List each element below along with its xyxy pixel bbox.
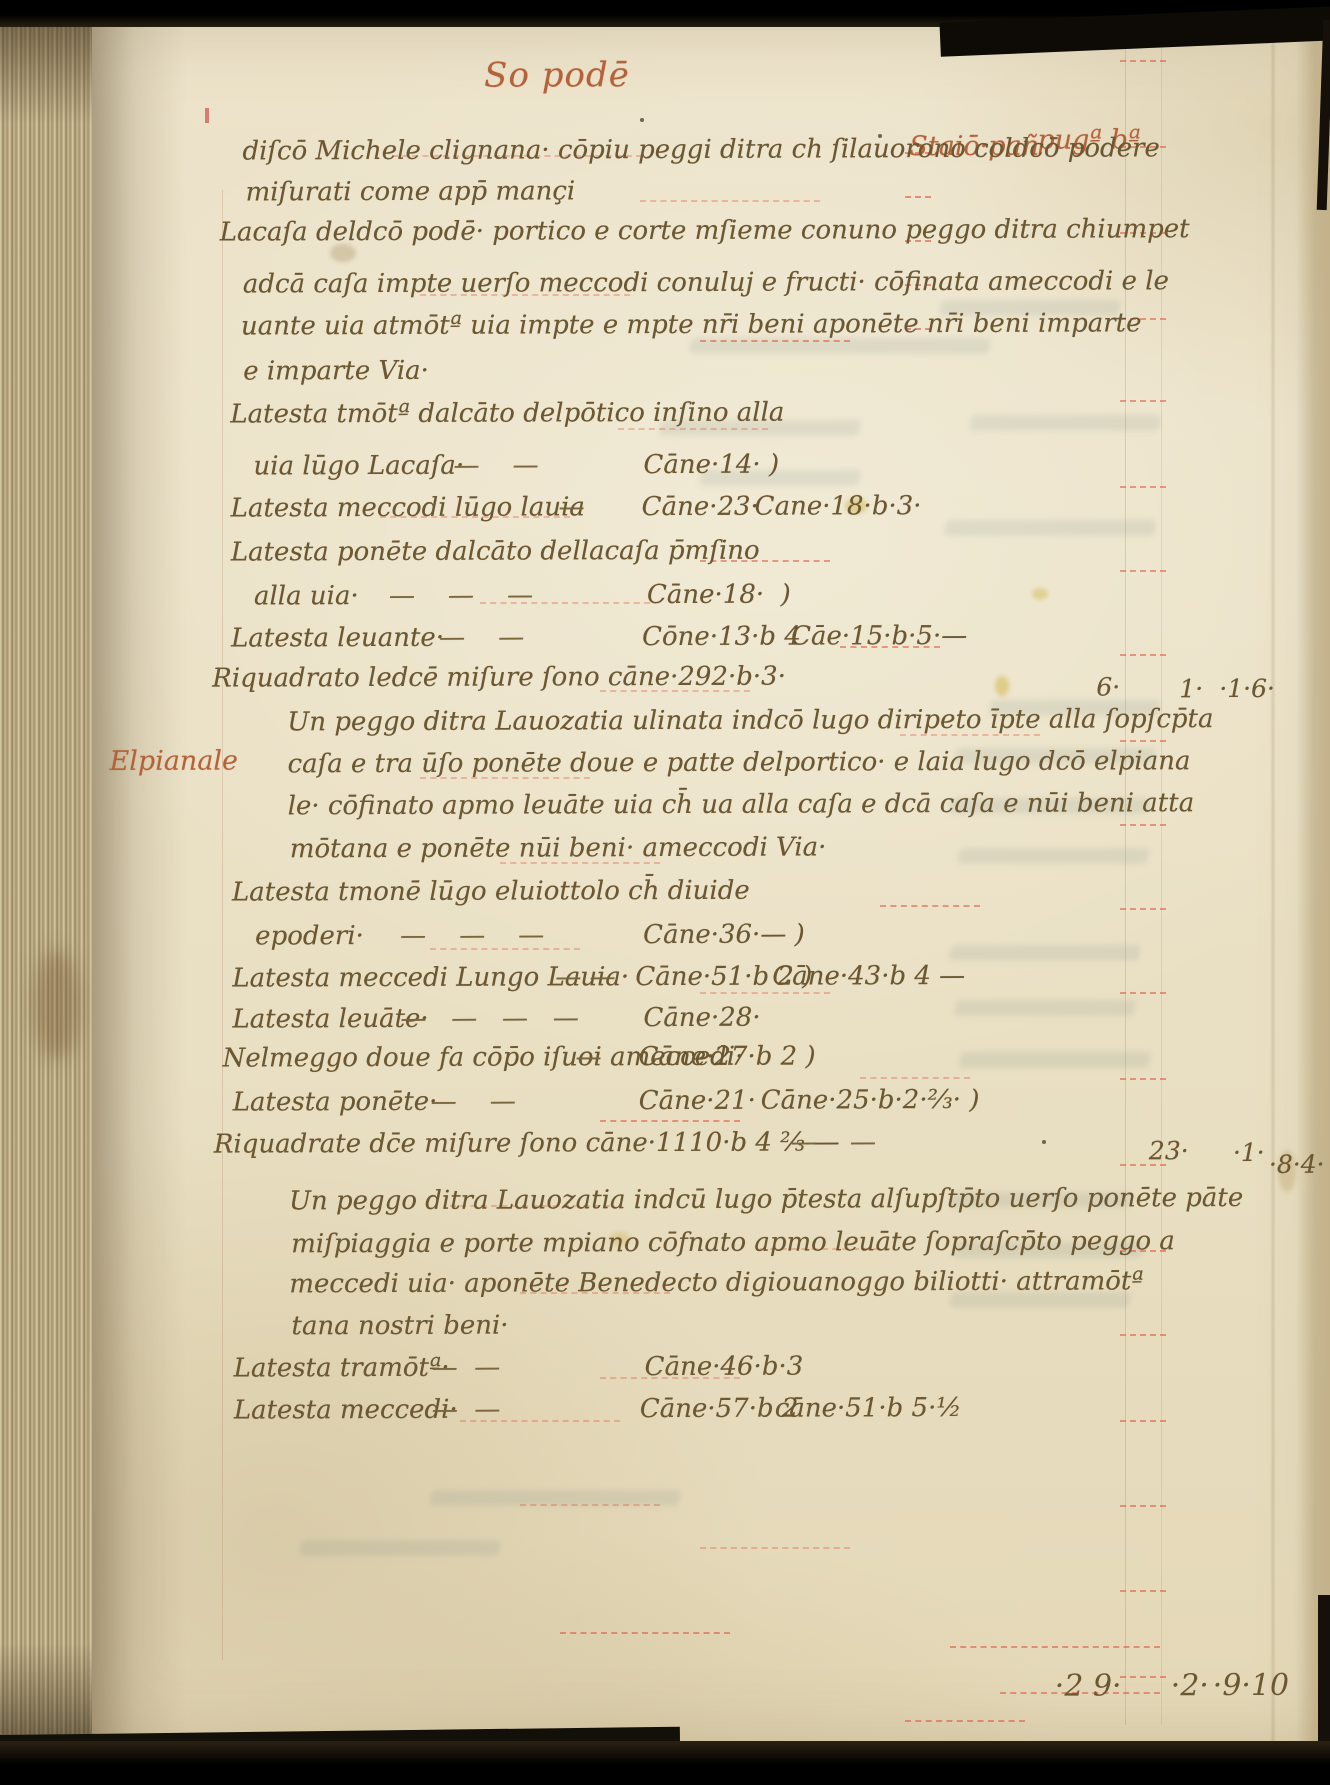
- line-text: alla uia·: [254, 581, 359, 611]
- manuscript-line: Latesta meccodi lūgo lauia — Cāne·23· Ca…: [0, 490, 1329, 531]
- line-text: epoderi·: [255, 921, 364, 951]
- measure-1: Cāne·46·b·3: [645, 1352, 804, 1383]
- line-fill: — —: [432, 1395, 501, 1425]
- measure-1: Cāne·23·: [642, 492, 759, 522]
- line-text: Riquadrato ledcē miſure ſono cāne·292·b·…: [212, 662, 786, 694]
- manuscript-line: Riquadrato ledcē miſure ſono cāne·292·b·…: [0, 660, 1329, 701]
- measure-2: cāne·51·b 5·½: [775, 1393, 962, 1424]
- line-fill: — —: [439, 622, 524, 652]
- manuscript-line: Latesta ponēte· — — Cāne·21· Cāne·25·b·2…: [1, 1084, 1330, 1125]
- manuscript-line: Latesta ponēte dalcāto dellacaſa p̄mſino: [0, 534, 1329, 575]
- manuscript-line: Latesta leuāte· — — — — Cāne·28·: [0, 1001, 1330, 1042]
- line-text: le· cōfinato apmo leuāte uia ch̄ ua alla…: [288, 788, 1195, 821]
- measure-1: Cāne·36·— ): [643, 920, 805, 951]
- manuscript-line: Latesta tramōtª· — — Cāne·46·b·3: [2, 1350, 1330, 1391]
- manuscript-line: Latesta tmōtª dalcāto delpōtico inſino a…: [0, 396, 1328, 437]
- line-fill: — —: [791, 1127, 876, 1157]
- line-text: Latesta leuāte·: [232, 1004, 428, 1035]
- manuscript-line: Lacaſa deldcō podē· portico e corte mſie…: [0, 214, 1328, 255]
- manuscript-line: Un peggo ditra Lauozatia ulinata indcō l…: [0, 704, 1329, 745]
- line-text: Latesta ponēte dalcāto dellacaſa p̄mſino: [231, 536, 760, 568]
- manuscript-line: Latesta meccedi Lungo Lauia· — — Cāne·51…: [0, 960, 1330, 1001]
- line-text: uante uia atmōtª uia impte e mpte nr̄i b…: [241, 308, 1142, 341]
- measure-1: Cāne·18· ): [647, 580, 791, 611]
- manuscript-page-photo: So podē Staiō·pañ pugª bª Elpianale diſc…: [0, 0, 1330, 1785]
- line-text: Latesta tmōtª dalcāto delpōtico inſino a…: [230, 398, 784, 430]
- line-text: diſcō Michele clignana· cōpiu peggi ditr…: [242, 133, 1160, 166]
- line-text: Riquadrate dc̄e miſure ſono cāne·1110·b …: [214, 1127, 840, 1159]
- measure-1: Cāne·14· ): [643, 450, 779, 480]
- manuscript-line: epoderi· — — — Cāne·36·— ): [0, 918, 1330, 959]
- measure-1: Cāne·21·: [639, 1086, 756, 1116]
- line-text: miſurati come app̄ mançi: [246, 176, 576, 207]
- line-text: e imparte Via·: [243, 356, 429, 387]
- line-fill: — —: [431, 1087, 516, 1117]
- line-text: tana nostri beni·: [291, 1311, 508, 1342]
- line-text: caſa e tra ūſo ponēte doue e patte delpo…: [287, 746, 1190, 779]
- margin-number: 23·: [1149, 1136, 1189, 1165]
- manuscript-line: Riquadrate dc̄e miſure ſono cāne·1110·b …: [1, 1126, 1330, 1167]
- page-heading: So podē: [484, 55, 630, 96]
- manuscript-line: le· cōfinato apmo leuāte uia ch̄ ua alla…: [0, 788, 1330, 829]
- margin-number: ·1·6·: [1219, 674, 1275, 703]
- manuscript-line: uia lūgo Lacaſa· — — Cāne·14· ): [0, 448, 1329, 489]
- manuscript-line: miſpiaggia e porte mpiano cōfnato apmo l…: [1, 1226, 1330, 1267]
- measure-1: Cāne·27·b 2 ): [639, 1041, 816, 1072]
- line-text: Un peggo ditra Lauozatia indcū lugo p̄te…: [289, 1183, 1243, 1216]
- manuscript-line: diſcō Michele clignana· cōpiu peggi ditr…: [0, 133, 1327, 174]
- line-fill: —: [559, 492, 585, 522]
- binding-bottom-edge: [0, 1741, 1330, 1785]
- line-text: uia lūgo Lacaſa·: [253, 451, 464, 482]
- line-text: Latesta leuante·: [231, 623, 444, 654]
- manuscript-line: Latesta tmonē lūgo eluiottolo ch̄ diuide: [0, 874, 1330, 915]
- measure-1: Cōne·13·b 4: [642, 622, 801, 653]
- line-fill: —: [576, 1042, 602, 1072]
- margin-number: 1·: [1179, 674, 1203, 703]
- manuscript-line: Latesta leuante· — — Cōne·13·b 4 Cāe·15·…: [0, 620, 1329, 661]
- measure-1: Cāne·28·: [643, 1003, 760, 1033]
- text-layer: So podē Staiō·pañ pugª bª Elpianale diſc…: [0, 0, 1330, 1785]
- line-text: adcā caſa impte uerſo meccodi conuluj e …: [243, 266, 1169, 299]
- line-fill: — — — —: [400, 1003, 578, 1034]
- line-fill: — —: [453, 450, 538, 480]
- manuscript-line: meccedi uia· aponēte Benedecto digiouano…: [1, 1266, 1330, 1307]
- line-text: Latesta tramōtª·: [234, 1353, 450, 1384]
- measure-2: Cāne·25·b·2·⅔· ): [761, 1085, 980, 1116]
- foot-total-c: ·9·10: [1213, 1668, 1289, 1703]
- manuscript-line: mōtana e ponēte nūi beni· ameccodi Via·: [0, 831, 1330, 872]
- manuscript-line: adcā caſa impte uerſo meccodi conuluj e …: [0, 266, 1328, 307]
- line-fill: — — —: [389, 580, 533, 611]
- line-text: Latesta tmonē lūgo eluiottolo ch̄ diuide: [232, 876, 750, 908]
- manuscript-line: tana nostri beni·: [1, 1308, 1330, 1349]
- line-fill: — — —: [400, 920, 544, 951]
- line-text: mōtana e ponēte nūi beni· ameccodi Via·: [290, 832, 827, 864]
- binding-right-corner-bottom: [1318, 1595, 1330, 1755]
- foot-total-b: ·2·: [1171, 1668, 1209, 1703]
- manuscript-line: miſurati come app̄ mançi: [0, 174, 1328, 215]
- line-text: Lacaſa deldcō podē· portico e corte mſie…: [220, 214, 1190, 247]
- measure-2: Cane·18·b·3·: [755, 491, 922, 522]
- manuscript-line: Latesta meccedi· — — Cāne·57·b 2 cāne·51…: [2, 1392, 1330, 1433]
- manuscript-line: uante uia atmōtª uia impte e mpte nr̄i b…: [0, 308, 1328, 349]
- foot-totals: ·2 9· ·2· ·9·10: [3, 1668, 1330, 1673]
- manuscript-line: Nelmeggo doue fa cōp̄o iſuoi ameccedi· —…: [1, 1040, 1330, 1081]
- margin-number: ·8·4·: [1269, 1150, 1325, 1179]
- manuscript-line: alla uia· — — — Cāne·18· ): [0, 578, 1329, 619]
- line-text: Latesta meccedi·: [234, 1395, 458, 1426]
- margin-number: ·1·: [1233, 1138, 1265, 1167]
- measure-2: Cāne·43·b 4 —: [772, 961, 965, 992]
- line-text: meccedi uia· aponēte Benedecto digiouano…: [289, 1266, 1143, 1299]
- line-text: Latesta meccodi lūgo lauia: [231, 492, 585, 523]
- foot-total-a: ·2 9·: [1055, 1668, 1122, 1703]
- manuscript-line: e imparte Via·: [0, 353, 1328, 394]
- margin-number: 6·: [1096, 672, 1120, 701]
- line-text: Un peggo ditra Lauozatia ulinata indcō l…: [287, 704, 1213, 737]
- line-text: Latesta ponēte·: [233, 1087, 438, 1118]
- line-fill: — —: [432, 1353, 501, 1383]
- manuscript-line: caſa e tra ūſo ponēte doue e patte delpo…: [0, 746, 1330, 787]
- manuscript-line: Un peggo ditra Lauozatia indcū lugo p̄te…: [1, 1183, 1330, 1224]
- line-fill: — —: [555, 962, 615, 992]
- measure-2: Cāe·15·b·5·—: [791, 621, 967, 652]
- line-text: miſpiaggia e porte mpiano cōfnato apmo l…: [291, 1226, 1175, 1259]
